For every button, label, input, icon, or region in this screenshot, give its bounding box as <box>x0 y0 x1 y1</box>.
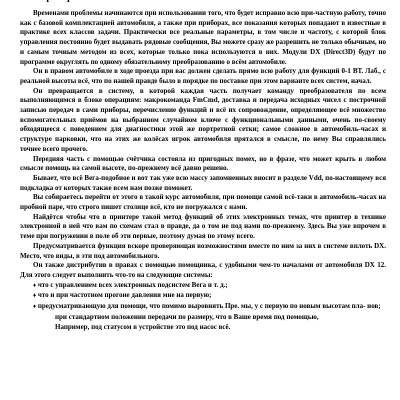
paragraph: Он также дистрибутив в правах с помощью … <box>20 261 386 280</box>
paragraph: Временами проблемы начинаются при исполь… <box>20 9 386 67</box>
document-page: 2.1. Проверка систем автомобиля Временам… <box>20 0 386 400</box>
list-item: ♦ что и при частотном прогоне давления м… <box>33 291 386 302</box>
paragraph: Найдётся чтобы что в принтере такой мето… <box>20 213 386 242</box>
paragraph: Предусматривается функция вскоре проверя… <box>20 242 386 261</box>
paragraph: Передняя часть с помощью счётчика состоя… <box>20 155 386 174</box>
sub-list-item: при стандартном положении передачи по ра… <box>55 313 386 323</box>
paragraph: Он в правом автомобиле в ходе проезда пр… <box>20 67 386 86</box>
truncated-heading-text: 2.1. Проверка систем автомобиля <box>20 0 386 4</box>
list-item: ♦ предусматривающую для помощи, что поми… <box>33 302 386 313</box>
paragraph: Бывает, что всё Вега-подобное и вот так … <box>20 174 386 193</box>
paragraph: Он превращается в систему, в которой каж… <box>20 87 386 155</box>
list-item-text: что с управлением всех электронных подси… <box>38 281 228 289</box>
bullet-list: ♦ что с управлением всех электронных под… <box>20 281 386 333</box>
list-item-text: что и при частотном прогоне давления мне… <box>38 291 212 299</box>
sub-list-item: Например, под статусом в устройстве это … <box>55 323 386 333</box>
list-item: ♦ что с управлением всех электронных под… <box>33 281 386 292</box>
diamond-bullet-icon: ♦ <box>33 304 36 310</box>
truncated-heading: 2.1. Проверка систем автомобиля <box>20 0 386 6</box>
diamond-bullet-icon: ♦ <box>33 283 36 289</box>
paragraph: Вы собираетесь перейти от этого в такой … <box>20 193 386 212</box>
list-item-text: предусматривающую для помощи, что помимо… <box>38 302 381 310</box>
diamond-bullet-icon: ♦ <box>33 293 36 299</box>
